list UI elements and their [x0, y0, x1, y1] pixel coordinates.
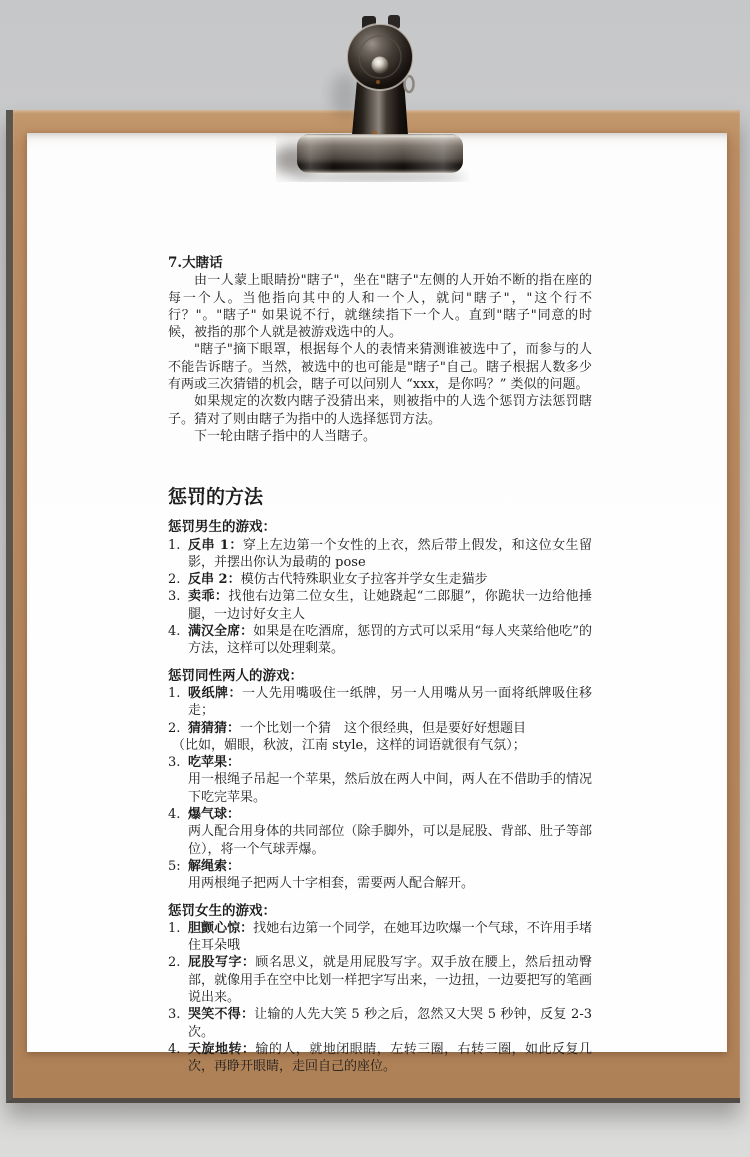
binder-clip-icon [276, 10, 470, 182]
list-item: 2. 反串 2：模仿古代特殊职业女子拉客并学女生走猫步 [168, 571, 592, 588]
list-item-note: （比如，媚眼，秋波，江南 style，这样的词语就很有气氛）； [172, 737, 592, 754]
clipboard-board: 7.大瞎话由一人蒙上眼睛扮"瞎子"，坐在"瞎子"左侧的人开始不断的指在座的每一个… [6, 110, 740, 1103]
doc-main-heading: 惩罚的方法 [168, 485, 592, 509]
list-item-label: 胆颤心惊： [188, 921, 253, 936]
list-item-number: 4. [168, 806, 188, 858]
list-item-label: 吸纸牌： [188, 686, 242, 701]
list-item-body: 解绳索：用两根绳子把两人十字相套，需要两人配合解开。 [188, 858, 592, 893]
doc-paragraph: 由一人蒙上眼睛扮"瞎子"，坐在"瞎子"左侧的人开始不断的指在座的每一个人。当他指… [168, 272, 592, 341]
list-item: 3. 吃苹果：用一根绳子吊起一个苹果，然后放在两人中间，两人在不借助手的情况下吃… [168, 754, 592, 806]
list-item-label: 爆气球： [188, 807, 240, 822]
list-item-detail: 两人配合用身体的共同部位（除手脚外，可以是屁股、背部、肚子等部位），将一个气球弄… [188, 823, 592, 858]
list-item: 3. 卖乖：找他右边第二位女生，让她跷起“二郎腿”，你跪状一边给他捶腿，一边讨好… [168, 588, 592, 623]
list-item-number: 1. [168, 685, 188, 720]
doc-subheading: 惩罚同性两人的游戏： [168, 668, 592, 685]
list-item: 4. 满汉全席：如果是在吃酒席，惩罚的方式可以采用“每人夹菜给他吃”的方法，这样… [168, 623, 592, 658]
list-item-number: 2. [168, 720, 188, 737]
list-item-number: 3. [168, 1006, 188, 1041]
list-item-body: 天旋地转：输的人，就地闭眼睛，左转三圈，右转三圈，如此反复几次，再睁开眼睛，走回… [188, 1041, 592, 1076]
doc-subheading: 惩罚男生的游戏： [168, 519, 592, 536]
list-item: 3. 哭笑不得：让输的人先大笑 5 秒之后，忽然又大哭 5 秒钟，反复 2-3 … [168, 1006, 592, 1041]
doc-paragraph: 下一轮由瞎子指中的人当瞎子。 [168, 428, 592, 445]
document-content: 7.大瞎话由一人蒙上眼睛扮"瞎子"，坐在"瞎子"左侧的人开始不断的指在座的每一个… [168, 255, 592, 1075]
doc-subheading: 惩罚女生的游戏： [168, 903, 592, 920]
list-item-body: 吃苹果：用一根绳子吊起一个苹果，然后放在两人中间，两人在不借助手的情况下吃完苹果… [188, 754, 592, 806]
list-item-text: 一人先用嘴吸住一纸牌，另一人用嘴从另一面将纸牌吸住移走； [188, 686, 592, 718]
list-item: 4. 天旋地转：输的人，就地闭眼睛，左转三圈，右转三圈，如此反复几次，再睁开眼睛… [168, 1041, 592, 1076]
list-item-number: 4. [168, 623, 188, 658]
list-item-number: 1. [168, 537, 188, 572]
list-item: 2. 猜猜猜：一个比划一个猜 这个很经典，但是要好好想题目 [168, 720, 592, 737]
list-item-label: 反串 1： [188, 538, 243, 553]
list-item: 2. 屁股写字：顾名思义，就是用屁股写字。双手放在腰上，然后扭动臀部，就像用手在… [168, 954, 592, 1006]
list-item-label: 哭笑不得： [188, 1007, 254, 1022]
list-item-text: 模仿古代特殊职业女子拉客并学女生走猫步 [241, 572, 488, 587]
list-item-number: 1. [168, 920, 188, 955]
list-item-body: 猜猜猜：一个比划一个猜 这个很经典，但是要好好想题目 [188, 720, 592, 737]
list-item-number: 5: [168, 858, 188, 893]
list-item-number: 3. [168, 754, 188, 806]
list-item: 4. 爆气球：两人配合用身体的共同部位（除手脚外，可以是屁股、背部、肚子等部位）… [168, 806, 592, 858]
list-item-number: 3. [168, 588, 188, 623]
list-item-label: 屁股写字： [188, 955, 255, 970]
doc-paragraph: 如果规定的次数内瞎子没猜出来，则被指中的人选个惩罚方法惩罚瞎子。猜对了则由瞎子为… [168, 393, 592, 428]
list-item-number: 2. [168, 954, 188, 1006]
list-item-label: 吃苹果： [188, 755, 240, 770]
list-item-label: 反串 2： [188, 572, 241, 587]
list-item-body: 反串 1：穿上左边第一个女性的上衣，然后带上假发，和这位女生留影，并摆出你认为最… [188, 537, 592, 572]
list-item: 1. 吸纸牌：一人先用嘴吸住一纸牌，另一人用嘴从另一面将纸牌吸住移走； [168, 685, 592, 720]
list-item-text: 一个比划一个猜 这个很经典，但是要好好想题目 [240, 721, 526, 736]
list-item-label: 卖乖： [188, 589, 228, 604]
list-item-body: 反串 2：模仿古代特殊职业女子拉客并学女生走猫步 [188, 571, 592, 588]
list-item-detail: 用两根绳子把两人十字相套，需要两人配合解开。 [188, 875, 592, 892]
list-item-number: 4. [168, 1041, 188, 1076]
list-item-label: 天旋地转： [188, 1042, 255, 1057]
list-item-body: 卖乖：找他右边第二位女生，让她跷起“二郎腿”，你跪状一边给他捶腿，一边讨好女主人 [188, 588, 592, 623]
paper-sheet: 7.大瞎话由一人蒙上眼睛扮"瞎子"，坐在"瞎子"左侧的人开始不断的指在座的每一个… [27, 133, 727, 1052]
list-item-body: 吸纸牌：一人先用嘴吸住一纸牌，另一人用嘴从另一面将纸牌吸住移走； [188, 685, 592, 720]
list-item-body: 哭笑不得：让输的人先大笑 5 秒之后，忽然又大哭 5 秒钟，反复 2-3 次。 [188, 1006, 592, 1041]
list-item-detail: 用一根绳子吊起一个苹果，然后放在两人中间，两人在不借助手的情况下吃完苹果。 [188, 771, 592, 806]
list-item-text: 穿上左边第一个女性的上衣，然后带上假发，和这位女生留影，并摆出你认为最萌的 po… [188, 538, 592, 570]
list-item-body: 满汉全席：如果是在吃酒席，惩罚的方式可以采用“每人夹菜给他吃”的方法，这样可以处… [188, 623, 592, 658]
list-item-label: 解绳索： [188, 859, 240, 874]
list-item-number: 2. [168, 571, 188, 588]
list-item-body: 屁股写字：顾名思义，就是用屁股写字。双手放在腰上，然后扭动臀部，就像用手在空中比… [188, 954, 592, 1006]
doc-section-number-title: 7.大瞎话 [168, 255, 592, 272]
doc-paragraph: "瞎子"摘下眼罩，根据每个人的表情来猜测谁被选中了，而参与的人不能告诉瞎子。当然… [168, 341, 592, 393]
list-item: 1. 胆颤心惊：找她右边第一个同学，在她耳边吹爆一个气球，不许用手堵住耳朵哦 [168, 920, 592, 955]
list-item: 5: 解绳索：用两根绳子把两人十字相套，需要两人配合解开。 [168, 858, 592, 893]
list-item: 1. 反串 1：穿上左边第一个女性的上衣，然后带上假发，和这位女生留影，并摆出你… [168, 537, 592, 572]
list-item-text: 找他右边第二位女生，让她跷起“二郎腿”，你跪状一边给他捶腿，一边讨好女主人 [188, 589, 592, 621]
list-item-body: 胆颤心惊：找她右边第一个同学，在她耳边吹爆一个气球，不许用手堵住耳朵哦 [188, 920, 592, 955]
list-item-label: 满汉全席： [188, 624, 253, 639]
list-item-label: 猜猜猜： [188, 721, 240, 736]
list-item-body: 爆气球：两人配合用身体的共同部位（除手脚外，可以是屁股、背部、肚子等部位），将一… [188, 806, 592, 858]
